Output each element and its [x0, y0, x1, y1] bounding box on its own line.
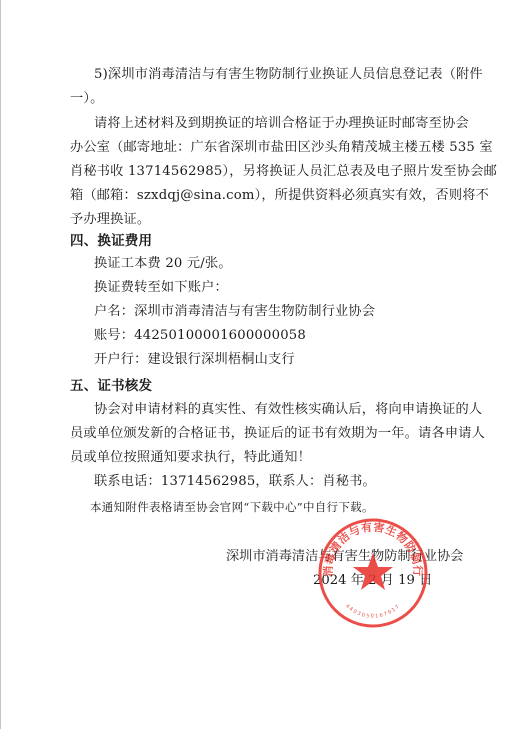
signature-date: 2024 年 2 月 19 日 — [313, 569, 432, 588]
submission-line4: 箱（邮箱：szxdqj@sina.com），所提供资料必须真实有效，否则将不 — [70, 187, 489, 205]
fee-line: 换证工本费 20 元/张。 — [94, 255, 232, 273]
item5-line1: 5)深圳市消毒清洁与有害生物防制行业换证人员信息登记表（附件 — [94, 66, 483, 84]
section5-heading: 五、证书核发 — [70, 377, 152, 395]
contact-line: 联系电话：13714562985，联系人：肖秘书。 — [94, 473, 376, 491]
section5-line2: 员或单位颁发新的合格证书，换证后的证书有效期为一年。请各申请人 — [70, 425, 485, 443]
signature-organization: 深圳市消毒清洁与有害生物防制行业协会 — [226, 545, 463, 564]
submission-line2: 办公室（邮寄地址：广东省深圳市盐田区沙头角精茂城主楼五楼 535 室 — [70, 139, 493, 157]
submission-line5: 予办理换证。 — [70, 211, 150, 229]
section4-heading: 四、换证费用 — [70, 232, 152, 250]
section5-line3: 员或单位按照通知要求执行，特此通知！ — [70, 449, 311, 467]
svg-text:4403050167917: 4403050167917 — [344, 603, 402, 620]
page-left-edge — [0, 0, 1, 729]
download-note: 本通知附件表格请至协会官网“下载中心”中自行下载。 — [90, 498, 374, 516]
account-number: 账号：44250100001600000058 — [94, 327, 306, 345]
bank-name: 开户行：建设银行深圳梧桐山支行 — [94, 351, 295, 369]
submission-line1: 请将上述材料及到期换证的培训合格证于办理换证时邮寄至协会 — [94, 115, 469, 133]
submission-line3: 肖秘书收 13714562985），另将换证人员汇总表及电子照片发至协会邮 — [70, 163, 497, 181]
item5-line2: 一）。 — [70, 90, 104, 108]
section5-line1: 协会对申请材料的真实性、有效性核实确认后，将向申请换证的人 — [94, 401, 482, 419]
transfer-line: 换证费转至如下账户： — [94, 279, 228, 297]
account-name: 户名：深圳市消毒清洁与有害生物防制行业协会 — [94, 303, 375, 321]
